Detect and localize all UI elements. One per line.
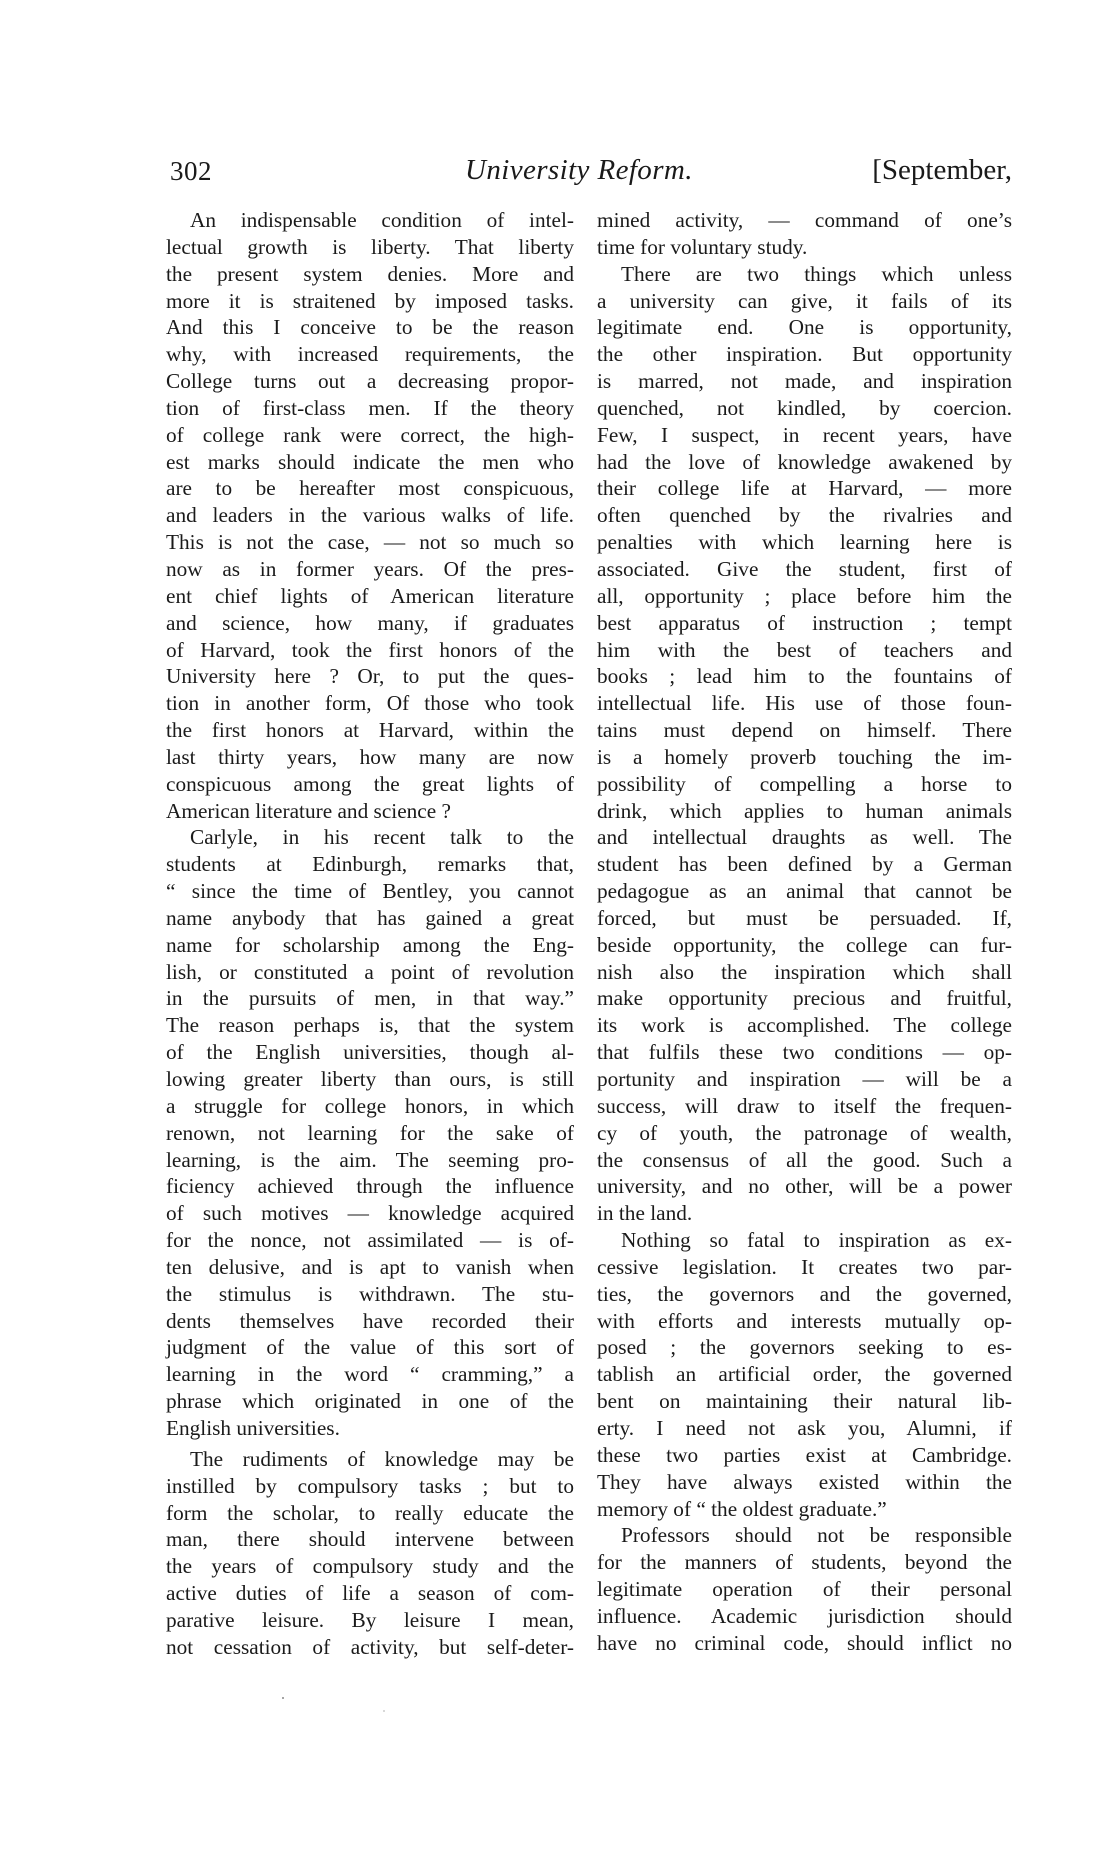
text-line: of such motives — knowledge acquired — [166, 1200, 574, 1227]
text-line: of college rank were correct, the high- — [166, 422, 574, 449]
text-line: tion in another form, Of those who took — [166, 690, 574, 717]
right-column: mined activity, — command of one’stime f… — [597, 207, 1012, 1657]
paragraph: An indispensable condition of intel-lect… — [166, 207, 574, 824]
text-line: active duties of life a season of com- — [166, 1580, 574, 1607]
text-line: make opportunity precious and fruitful, — [597, 985, 1012, 1012]
text-line: tains must depend on himself. There — [597, 717, 1012, 744]
text-line: the stimulus is withdrawn. The stu- — [166, 1281, 574, 1308]
paragraph: Professors should not be responsiblefor … — [597, 1522, 1012, 1656]
text-line: the years of compulsory study and the — [166, 1553, 574, 1580]
text-line: influence. Academic jurisdiction should — [597, 1603, 1012, 1630]
text-line: Few, I suspect, in recent years, have — [597, 422, 1012, 449]
text-line: that fulfils these two conditions — op- — [597, 1039, 1012, 1066]
text-line: are to be hereafter most conspicuous, — [166, 475, 574, 502]
text-line: tablish an artificial order, the governe… — [597, 1361, 1012, 1388]
text-line: university, and no other, will be a powe… — [597, 1173, 1012, 1200]
text-line: cy of youth, the patronage of wealth, — [597, 1120, 1012, 1147]
paragraph: Nothing so fatal to inspiration as ex-ce… — [597, 1227, 1012, 1522]
text-line: often quenched by the rivalries and — [597, 502, 1012, 529]
text-line: man, there should intervene between — [166, 1526, 574, 1553]
text-line: parative leisure. By leisure I mean, — [166, 1607, 574, 1634]
text-line: Nothing so fatal to inspiration as ex- — [597, 1227, 1012, 1254]
text-line: The rudiments of knowledge may be — [166, 1446, 574, 1473]
left-column: An indispensable condition of intel-lect… — [166, 207, 574, 1661]
text-line: is a homely proverb touching the im- — [597, 744, 1012, 771]
text-line: nish also the inspiration which shall — [597, 959, 1012, 986]
text-line: possibility of compelling a horse to — [597, 771, 1012, 798]
text-line: why, with increased requirements, the — [166, 341, 574, 368]
text-line: portunity and inspiration — will be a — [597, 1066, 1012, 1093]
text-line: learning, is the aim. The seeming pro- — [166, 1147, 574, 1174]
text-line: And this I conceive to be the reason — [166, 314, 574, 341]
text-line: in the pursuits of men, in that way.” — [166, 985, 574, 1012]
text-line: the consensus of all the good. Such a — [597, 1147, 1012, 1174]
text-line: had the love of knowledge awakened by — [597, 449, 1012, 476]
text-line: ten delusive, and is apt to vanish when — [166, 1254, 574, 1281]
text-line: ficiency achieved through the influence — [166, 1173, 574, 1200]
text-line: “ since the time of Bentley, you cannot — [166, 878, 574, 905]
text-line: ties, the governors and the governed, — [597, 1281, 1012, 1308]
text-line: They have always existed within the — [597, 1469, 1012, 1496]
text-line: name anybody that has gained a great — [166, 905, 574, 932]
text-line: its work is accomplished. The college — [597, 1012, 1012, 1039]
text-line: judgment of the value of this sort of — [166, 1334, 574, 1361]
page-number: 302 — [170, 156, 212, 187]
text-line: beside opportunity, the college can fur- — [597, 932, 1012, 959]
text-line: drink, which applies to human animals — [597, 798, 1012, 825]
running-title: University Reform. — [465, 154, 693, 187]
text-line: more it is straitened by imposed tasks. — [166, 288, 574, 315]
text-line: University here ? Or, to put the ques- — [166, 663, 574, 690]
text-line: students at Edinburgh, remarks that, — [166, 851, 574, 878]
text-line: the present system denies. More and — [166, 261, 574, 288]
text-line: lish, or constituted a point of revoluti… — [166, 959, 574, 986]
paragraph: mined activity, — command of one’stime f… — [597, 207, 1012, 261]
text-line: An indispensable condition of intel- — [166, 207, 574, 234]
scan-speck — [282, 1697, 284, 1699]
text-line: all, opportunity ; place before him the — [597, 583, 1012, 610]
text-line: College turns out a decreasing propor- — [166, 368, 574, 395]
text-line: and science, how many, if graduates — [166, 610, 574, 637]
text-line: for the nonce, not assimilated — is of- — [166, 1227, 574, 1254]
text-line: their college life at Harvard, — more — [597, 475, 1012, 502]
text-line: dents themselves have recorded their — [166, 1308, 574, 1335]
text-line: intellectual life. His use of those foun… — [597, 690, 1012, 717]
text-line: tion of first-class men. If the theory — [166, 395, 574, 422]
paragraph: The rudiments of knowledge may beinstill… — [166, 1446, 574, 1661]
text-line: cessive legislation. It creates two par- — [597, 1254, 1012, 1281]
text-line: bent on maintaining their natural lib- — [597, 1388, 1012, 1415]
text-line: the first honors at Harvard, within the — [166, 717, 574, 744]
text-line: legitimate operation of their personal — [597, 1576, 1012, 1603]
text-line: best apparatus of instruction ; tempt — [597, 610, 1012, 637]
text-line: time for voluntary study. — [597, 234, 1012, 261]
text-line: posed ; the governors seeking to es- — [597, 1334, 1012, 1361]
text-line: success, will draw to itself the frequen… — [597, 1093, 1012, 1120]
text-line: is marred, not made, and inspiration — [597, 368, 1012, 395]
text-line: Carlyle, in his recent talk to the — [166, 824, 574, 851]
text-line: associated. Give the student, first of — [597, 556, 1012, 583]
text-line: quenched, not kindled, by coercion. — [597, 395, 1012, 422]
text-line: last thirty years, how many are now — [166, 744, 574, 771]
text-line: renown, not learning for the sake of — [166, 1120, 574, 1147]
text-line: lowing greater liberty than ours, is sti… — [166, 1066, 574, 1093]
paragraph: Carlyle, in his recent talk to thestuden… — [166, 824, 574, 1441]
text-line: Professors should not be responsible — [597, 1522, 1012, 1549]
text-line: a struggle for college honors, in which — [166, 1093, 574, 1120]
text-line: have no criminal code, should inflict no — [597, 1630, 1012, 1657]
text-line: est marks should indicate the men who — [166, 449, 574, 476]
text-line: memory of “ the oldest graduate.” — [597, 1496, 1012, 1523]
text-line: pedagogue as an animal that cannot be — [597, 878, 1012, 905]
text-line: him with the best of teachers and — [597, 637, 1012, 664]
text-line: The reason perhaps is, that the system — [166, 1012, 574, 1039]
text-line: erty. I need not ask you, Alumni, if — [597, 1415, 1012, 1442]
text-line: name for scholarship among the Eng- — [166, 932, 574, 959]
text-line: a university can give, it fails of its — [597, 288, 1012, 315]
text-line: conspicuous among the great lights of — [166, 771, 574, 798]
text-line: English universities. — [166, 1415, 574, 1442]
text-line: these two parties exist at Cambridge. — [597, 1442, 1012, 1469]
text-line: in the land. — [597, 1200, 1012, 1227]
scan-speck — [383, 1710, 385, 1712]
text-line: not cessation of activity, but self-dete… — [166, 1634, 574, 1661]
text-line: and intellectual draughts as well. The — [597, 824, 1012, 851]
text-line: form the scholar, to really educate the — [166, 1500, 574, 1527]
text-line: legitimate end. One is opportunity, — [597, 314, 1012, 341]
text-line: This is not the case, — not so much so — [166, 529, 574, 556]
text-line: and leaders in the various walks of life… — [166, 502, 574, 529]
text-line: penalties with which learning here is — [597, 529, 1012, 556]
text-line: of Harvard, took the first honors of the — [166, 637, 574, 664]
text-line: phrase which originated in one of the — [166, 1388, 574, 1415]
running-date: [September, — [872, 154, 1012, 187]
text-line: books ; lead him to the fountains of — [597, 663, 1012, 690]
paragraph: There are two things which unlessa unive… — [597, 261, 1012, 1227]
text-line: learning in the word “ cramming,” a — [166, 1361, 574, 1388]
text-line: American literature and science ? — [166, 798, 574, 825]
text-line: for the manners of students, beyond the — [597, 1549, 1012, 1576]
text-line: There are two things which unless — [597, 261, 1012, 288]
text-line: student has been defined by a German — [597, 851, 1012, 878]
text-line: instilled by compulsory tasks ; but to — [166, 1473, 574, 1500]
text-line: now as in former years. Of the pres- — [166, 556, 574, 583]
text-line: ent chief lights of American literature — [166, 583, 574, 610]
text-line: with efforts and interests mutually op- — [597, 1308, 1012, 1335]
page-header: 302 University Reform. [September, — [166, 150, 1012, 190]
text-line: forced, but must be persuaded. If, — [597, 905, 1012, 932]
text-line: of the English universities, though al- — [166, 1039, 574, 1066]
text-line: mined activity, — command of one’s — [597, 207, 1012, 234]
text-line: the other inspiration. But opportunity — [597, 341, 1012, 368]
text-line: lectual growth is liberty. That liberty — [166, 234, 574, 261]
